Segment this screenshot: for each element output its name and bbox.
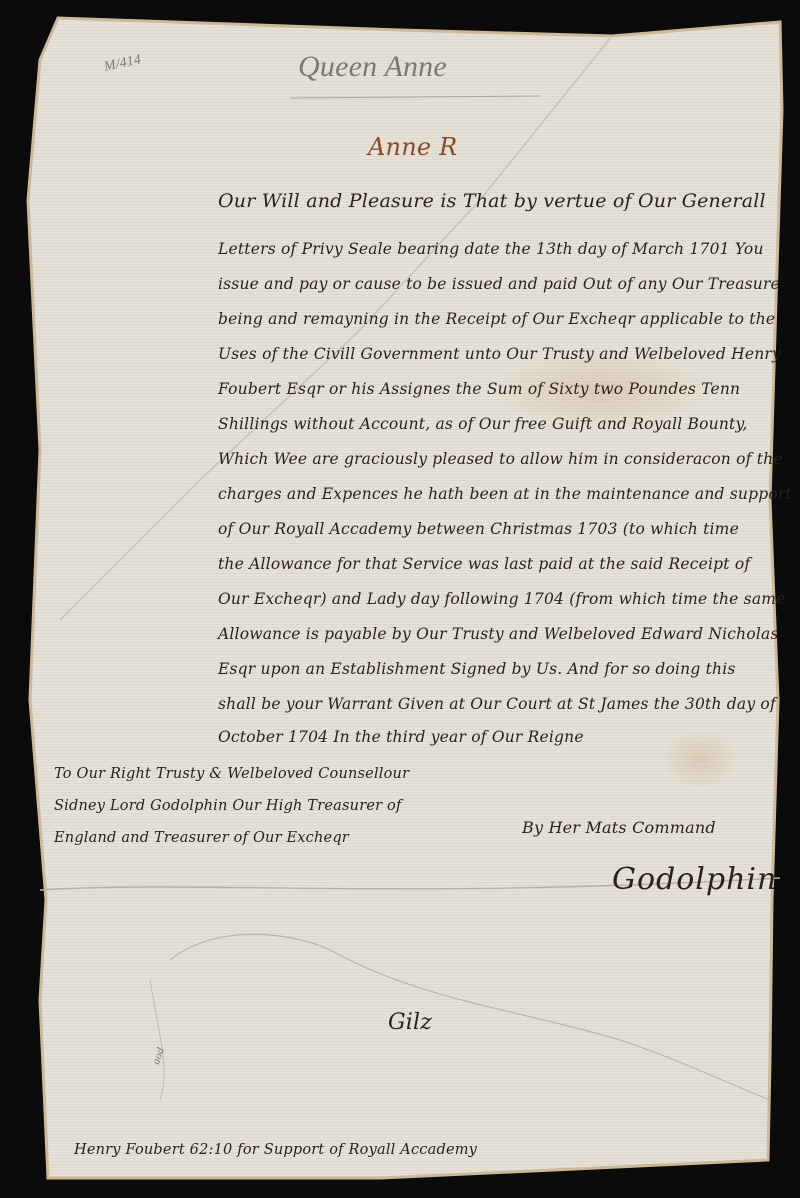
pencil-heading: Queen Anne bbox=[298, 50, 447, 84]
manuscript-page: M/414 Queen Anne Anne R Our Will and Ple… bbox=[0, 0, 800, 1198]
docket-endorsement: Henry Foubert 62:10 for Support of Royal… bbox=[74, 1142, 477, 1158]
body-line: issue and pay or cause to be issued and … bbox=[218, 275, 780, 293]
body-line: the Allowance for that Service was last … bbox=[218, 555, 750, 573]
godolphin-signature: Godolphin bbox=[612, 862, 777, 897]
body-line: Esqr upon an Establishment Signed by Us.… bbox=[218, 660, 736, 678]
body-line: Uses of the Civill Government unto Our T… bbox=[218, 345, 781, 363]
address-line: To Our Right Trusty & Welbeloved Counsel… bbox=[54, 766, 409, 782]
countersign-label: By Her Mats Command bbox=[522, 818, 716, 837]
body-line: Letters of Privy Seale bearing date the … bbox=[218, 240, 764, 258]
body-line: Allowance is payable by Our Trusty and W… bbox=[218, 625, 779, 643]
body-line: Which Wee are graciously pleased to allo… bbox=[218, 450, 783, 468]
body-line: Our Will and Pleasure is That by vertue … bbox=[218, 190, 766, 212]
sign-manual: Anne R bbox=[368, 133, 457, 161]
body-line: October 1704 In the third year of Our Re… bbox=[218, 728, 584, 746]
body-line: Shillings without Account, as of Our fre… bbox=[218, 415, 748, 433]
body-line: charges and Expences he hath been at in … bbox=[218, 485, 792, 503]
body-line: being and remayning in the Receipt of Ou… bbox=[218, 310, 775, 328]
address-line: England and Treasurer of Our Excheqr bbox=[54, 830, 349, 846]
body-line: shall be your Warrant Given at Our Court… bbox=[218, 695, 776, 713]
body-line: of Our Royall Accademy between Christmas… bbox=[218, 520, 739, 538]
address-line: Sidney Lord Godolphin Our High Treasurer… bbox=[54, 798, 402, 814]
body-line: Our Excheqr) and Lady day following 1704… bbox=[218, 590, 786, 608]
body-line: Foubert Esqr or his Assignes the Sum of … bbox=[218, 380, 740, 398]
initials-mark: Gilz bbox=[388, 1010, 432, 1035]
